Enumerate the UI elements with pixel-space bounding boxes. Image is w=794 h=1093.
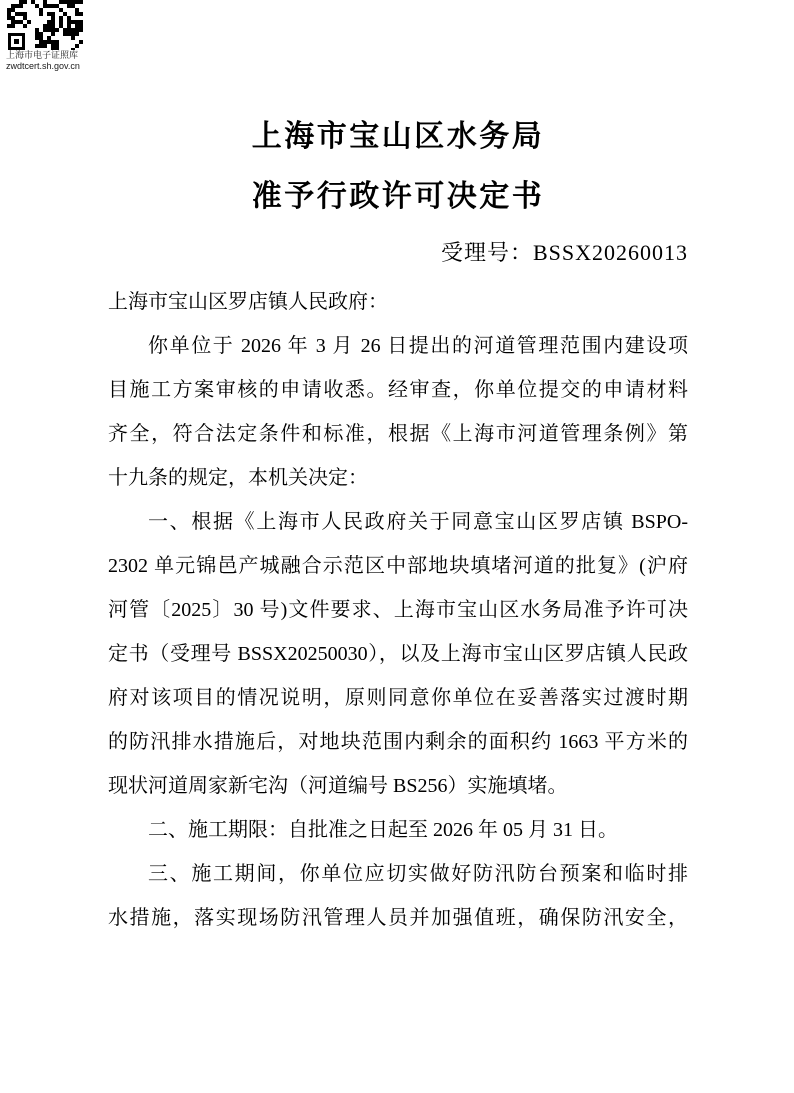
document-content: 上海市宝山区水务局 准予行政许可决定书 受理号：BSSX20260013 上海市… (108, 118, 688, 940)
body-line: 一、根据《上海市人民政府关于同意宝山区罗店镇 BSPO- (108, 500, 688, 544)
org-title: 上海市宝山区水务局 (108, 118, 688, 156)
doc-title: 准予行政许可决定书 (108, 178, 688, 216)
body-line: 上海市宝山区罗店镇人民政府： (108, 280, 688, 324)
body-line: 二、施工期限：自批准之日起至 2026 年 05 月 31 日。 (108, 808, 688, 852)
body-line: 目施工方案审核的申请收悉。经审查，你单位提交的申请材料 (108, 368, 688, 412)
qr-badge: 上海市电子证照库 zwdtcert.sh.gov.cn (6, 0, 102, 72)
body-line: 水措施，落实现场防汛管理人员并加强值班，确保防汛安全， (108, 896, 688, 940)
qr-code-icon (7, 0, 83, 50)
body-line: 府对该项目的情况说明，原则同意你单位在妥善落实过渡时期 (108, 676, 688, 720)
qr-caption-text: 上海市电子证照库 (6, 50, 102, 61)
document-page: 上海市电子证照库 zwdtcert.sh.gov.cn 上海市宝山区水务局 准予… (0, 0, 794, 1093)
body-line: 河管〔2025〕30 号)文件要求、上海市宝山区水务局准予许可决 (108, 588, 688, 632)
body-line: 现状河道周家新宅沟（河道编号 BS256）实施填堵。 (108, 764, 688, 808)
document-body: 上海市宝山区罗店镇人民政府： 你单位于 2026 年 3 月 26 日提出的河道… (108, 280, 688, 940)
body-line: 齐全，符合法定条件和标准，根据《上海市河道管理条例》第 (108, 412, 688, 456)
acceptance-number: 受理号：BSSX20260013 (108, 238, 688, 268)
body-line: 你单位于 2026 年 3 月 26 日提出的河道管理范围内建设项 (108, 324, 688, 368)
body-line: 定书（受理号 BSSX20250030），以及上海市宝山区罗店镇人民政 (108, 632, 688, 676)
body-line: 十九条的规定，本机关决定： (108, 456, 688, 500)
body-line: 三、施工期间，你单位应切实做好防汛防台预案和临时排 (108, 852, 688, 896)
body-line: 的防汛排水措施后，对地块范围内剩余的面积约 1663 平方米的 (108, 720, 688, 764)
body-line: 2302 单元锦邑产城融合示范区中部地块填堵河道的批复》(沪府 (108, 544, 688, 588)
qr-caption-url: zwdtcert.sh.gov.cn (6, 61, 102, 72)
